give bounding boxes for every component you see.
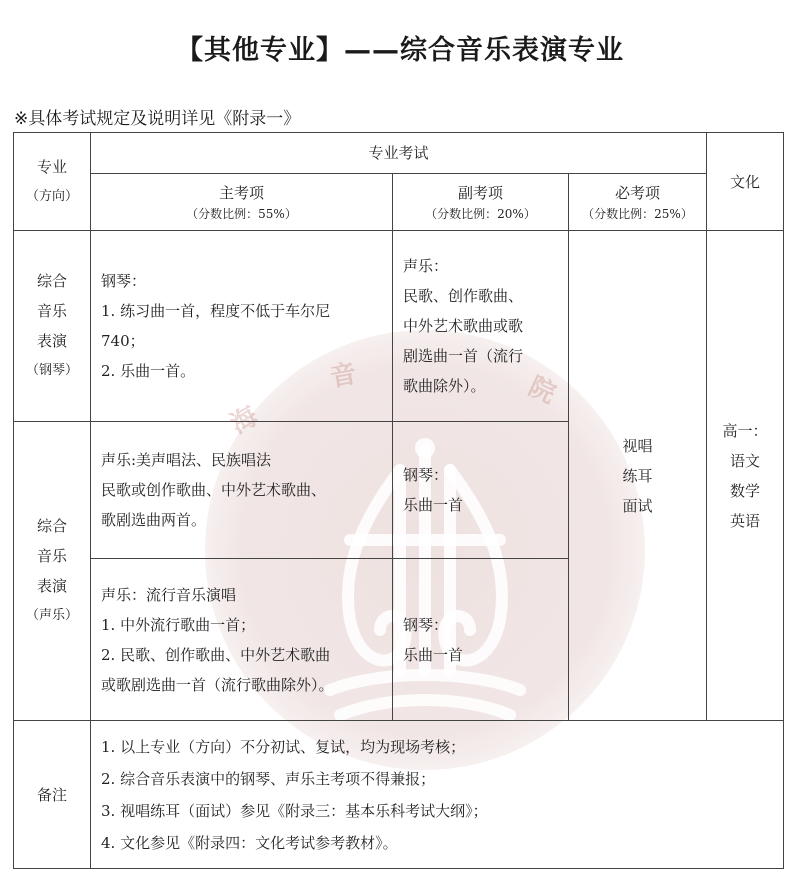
major-direction: （钢琴） [14,356,90,386]
culture-line: 数学 [707,476,783,506]
secondary-item-vocal-classical: 钢琴： 乐曲一首 [393,422,569,559]
remarks-row: 备注 1. 以上专业（方向）不分初试、复试，均为现场考核； 2. 综合音乐表演中… [14,721,784,869]
content-line: 声乐：流行音乐演唱 [101,580,392,610]
content-line: 歌曲除外）。 [403,371,568,401]
content-line: 740； [101,326,392,356]
appendix-note: ※具体考试规定及说明详见《附录一》 [14,104,300,129]
content-line: 民歌、创作歌曲、 [403,281,568,311]
header-major: 专业 （方向） [14,133,91,231]
header-required-item: 必考项 （分数比例：25%） [569,174,707,231]
content-line: 乐曲一首 [403,490,568,520]
header-exam-group: 专业考试 [91,133,707,174]
required-item-ratio: （分数比例：25%） [569,205,706,223]
main-item-vocal-classical: 声乐:美声唱法、民族唱法 民歌或创作歌曲、中外艺术歌曲、 歌剧选曲两首。 [91,422,393,559]
culture-line: 英语 [707,506,783,536]
culture-line: 高一： [707,416,783,446]
header-major-label: 专业 [14,152,90,182]
content-line: 声乐： [403,251,568,281]
content-line: 剧选曲一首（流行 [403,341,568,371]
remark-item: 1. 以上专业（方向）不分初试、复试，均为现场考核； [101,731,783,763]
content-line: 乐曲一首 [403,640,568,670]
content-line: 或歌剧选曲一首（流行歌曲除外）。 [101,670,392,700]
major-line: 综合 [14,266,90,296]
major-line: 综合 [14,511,90,541]
culture-line: 语文 [707,446,783,476]
required-item-content: 视唱 练耳 面试 [569,231,707,721]
main-item-piano: 钢琴： 1. 练习曲一首，程度不低于车尔尼 740； 2. 乐曲一首。 [91,231,393,422]
remark-item: 2. 综合音乐表演中的钢琴、声乐主考项不得兼报； [101,763,783,795]
content-line: 声乐:美声唱法、民族唱法 [101,445,392,475]
main-item-ratio: （分数比例：55%） [91,205,392,223]
table-row: 综合 音乐 表演 （钢琴） 钢琴： 1. 练习曲一首，程度不低于车尔尼 740；… [14,231,784,422]
content-line: 钢琴： [403,610,568,640]
content-line: 歌剧选曲两首。 [101,505,392,535]
major-line: 表演 [14,326,90,356]
content-line: 1. 中外流行歌曲一首； [101,610,392,640]
major-direction: （声乐） [14,601,90,631]
content-line: 2. 乐曲一首。 [101,356,392,386]
secondary-item-vocal-pop: 钢琴： 乐曲一首 [393,559,569,721]
major-line: 表演 [14,571,90,601]
major-line: 音乐 [14,541,90,571]
culture-content: 高一： 语文 数学 英语 [707,231,784,721]
major-piano: 综合 音乐 表演 （钢琴） [14,231,91,422]
content-line: 中外艺术歌曲或歌 [403,311,568,341]
major-vocal: 综合 音乐 表演 （声乐） [14,422,91,721]
remark-item: 4. 文化参见《附录四：文化考试参考教材》。 [101,827,783,859]
page-title: 【其他专业】——综合音乐表演专业 [0,28,800,67]
content-line: 民歌或创作歌曲、中外艺术歌曲、 [101,475,392,505]
content-line: 2. 民歌、创作歌曲、中外艺术歌曲 [101,640,392,670]
header-culture: 文化 [707,133,784,231]
header-major-sub: （方向） [14,182,90,212]
main-item-vocal-pop: 声乐：流行音乐演唱 1. 中外流行歌曲一首； 2. 民歌、创作歌曲、中外艺术歌曲… [91,559,393,721]
remark-item: 3. 视唱练耳（面试）参见《附录三：基本乐科考试大纲》； [101,795,783,827]
major-line: 音乐 [14,296,90,326]
remarks-label: 备注 [14,721,91,869]
main-item-label: 主考项 [91,181,392,205]
required-line: 视唱 [569,431,706,461]
remarks-content: 1. 以上专业（方向）不分初试、复试，均为现场考核； 2. 综合音乐表演中的钢琴… [91,721,784,869]
required-line: 练耳 [569,461,706,491]
secondary-item-ratio: （分数比例：20%） [393,205,568,223]
content-line: 1. 练习曲一首，程度不低于车尔尼 [101,296,392,326]
header-secondary-item: 副考项 （分数比例：20%） [393,174,569,231]
content-line: 钢琴： [403,460,568,490]
content-line: 钢琴： [101,266,392,296]
header-main-item: 主考项 （分数比例：55%） [91,174,393,231]
required-line: 面试 [569,491,706,521]
required-item-label: 必考项 [569,181,706,205]
exam-table: 专业 （方向） 专业考试 文化 主考项 （分数比例：55%） 副考项 （分数比例… [13,132,784,869]
secondary-item-piano: 声乐： 民歌、创作歌曲、 中外艺术歌曲或歌 剧选曲一首（流行 歌曲除外）。 [393,231,569,422]
secondary-item-label: 副考项 [393,181,568,205]
